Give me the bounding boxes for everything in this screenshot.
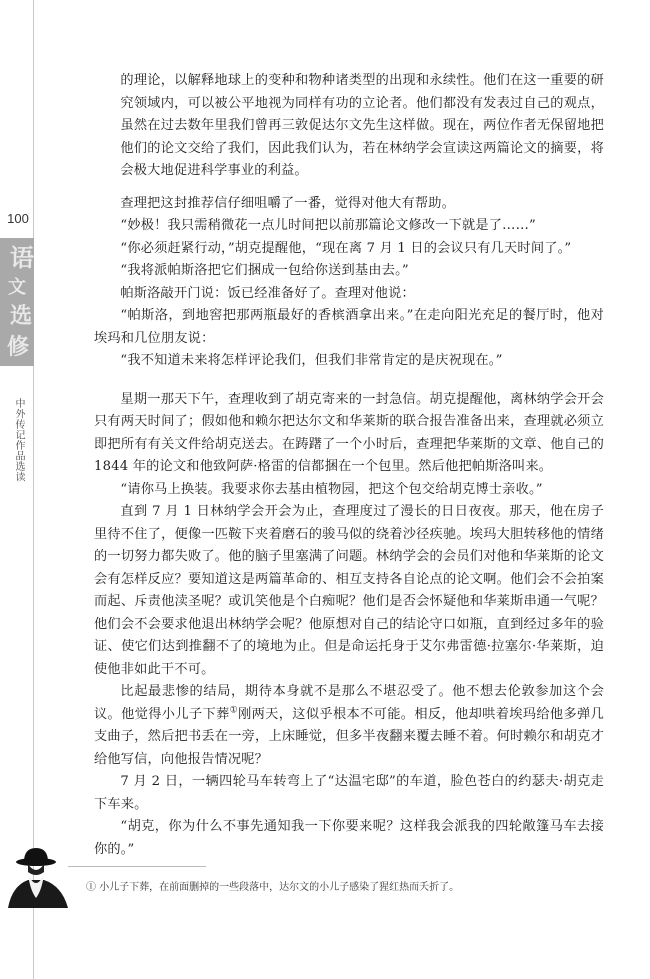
band-char: 选 <box>10 305 32 327</box>
footnote-marker: ① <box>86 882 96 893</box>
footnote-reference[interactable]: ① <box>230 705 238 715</box>
paragraph: “我将派帕斯洛把它们捆成一包给你送到基由去。” <box>94 260 604 283</box>
paragraph: “帕斯洛，到地窖把那两瓶最好的香槟酒拿出来。”在走向阳光充足的餐厅时，他对埃玛和… <box>94 305 604 350</box>
band-char: 语 <box>10 246 34 270</box>
band-char: 文 <box>8 279 26 297</box>
body-text: 的理论，以解释地球上的变种和物种诸类型的出现和永续性。他们在这一重要的研究领域内… <box>94 70 604 861</box>
paragraph: “你必须赶紧行动，”胡克提醒他，“现在离 7 月 1 日的会议只有几天时间了。” <box>94 238 604 261</box>
paragraph: “妙极！我只需稍微花一点儿时间把以前那篇论文修改一下就是了……” <box>94 215 604 238</box>
paragraph: 帕斯洛敲开门说：饭已经准备好了。查理对他说： <box>94 283 604 306</box>
darwin-silhouette-icon <box>6 846 72 908</box>
paragraph: 直到 7 月 1 日林纳学会开会为止，查理度过了漫长的日日夜夜。那天，他在房子里… <box>94 501 604 681</box>
footnote-divider <box>68 866 206 867</box>
series-title: 中外传记作品选读 <box>12 398 24 482</box>
footnote: ① 小儿子下葬，在前面删掉的一些段落中，达尔文的小儿子感染了猩红热而夭折了。 <box>86 878 459 893</box>
footnote-text: 小儿子下葬，在前面删掉的一些段落中，达尔文的小儿子感染了猩红热而夭折了。 <box>99 882 459 893</box>
margin-rule <box>33 0 34 979</box>
paragraph: 比起最悲惨的结局，期待本身就不是那么不堪忍受了。他不想去伦敦参加这个会议。他觉得… <box>94 681 604 771</box>
paragraph: 查理把这封推荐信仔细咀嚼了一番，觉得对他大有帮助。 <box>94 193 604 216</box>
series-band: 语 文 选 修 <box>0 238 34 366</box>
band-char: 修 <box>7 336 29 358</box>
paragraph: “请你马上换装。我要求你去基由植物园，把这个包交给胡克博士亲收。” <box>94 479 604 502</box>
paragraph: 7 月 2 日，一辆四轮马车转弯上了“达温宅邸”的车道，脸色苍白的约瑟夫·胡克走… <box>94 771 604 816</box>
quoted-letter: 的理论，以解释地球上的变种和物种诸类型的出现和永续性。他们在这一重要的研究领域内… <box>94 70 604 183</box>
paragraph: “胡克，你为什么不事先通知我一下你要来呢？这样我会派我的四轮敞篷马车去接你的。” <box>94 816 604 861</box>
paragraph: 星期一那天下午，查理收到了胡克寄来的一封急信。胡克提醒他，离林纳学会开会只有两天… <box>94 389 604 479</box>
paragraph: “我不知道未来将怎样评论我们，但我们非常肯定的是庆祝现在。” <box>94 350 604 373</box>
page-number: 100 <box>4 211 32 226</box>
